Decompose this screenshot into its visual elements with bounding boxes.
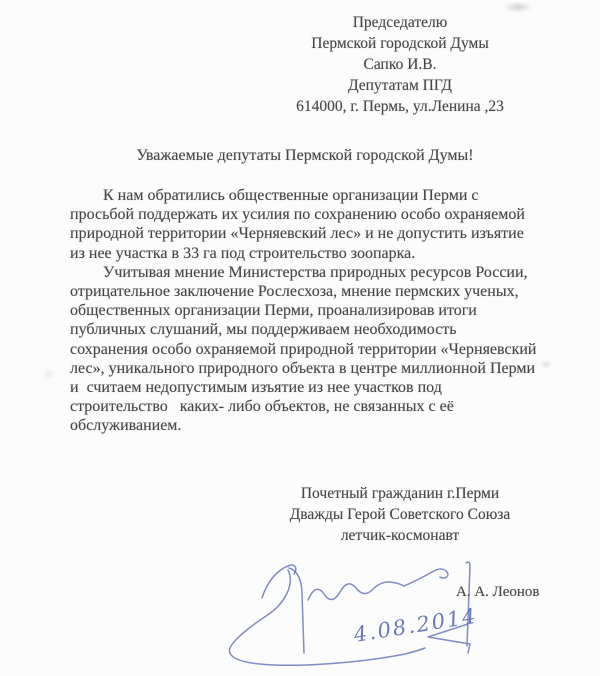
recipient-address-line: 614000, г. Пермь, ул.Ленина ,23	[240, 96, 560, 117]
scanned-letter-page: Председателю Пермской городской Думы Сап…	[0, 0, 600, 676]
body-line: публичных слушаний, мы поддерживаем необ…	[70, 320, 548, 339]
signoff-block: Почетный гражданин г.Перми Дважды Герой …	[240, 484, 560, 546]
letter-body: К нам обратились общественные организаци…	[70, 186, 548, 436]
recipient-address-block: Председателю Пермской городской Думы Сап…	[240, 12, 560, 117]
body-line: строительство каких- либо объектов, не с…	[70, 397, 548, 416]
body-line: обслуживанием.	[70, 416, 548, 435]
body-line: сохранения особо охраняемой природной те…	[70, 340, 548, 359]
handwritten-date: 4.08.2014	[351, 604, 479, 647]
recipient-line: Пермской городской Думы	[240, 33, 560, 54]
body-line: лес», уникального природного объекта в ц…	[70, 359, 548, 378]
body-line: отрицательное заключение Рослесхоза, мне…	[70, 282, 548, 301]
body-line: Учитывая мнение Министерства природных р…	[70, 263, 548, 282]
recipient-line: Депутатам ПГД	[240, 75, 560, 96]
handwritten-signature: 4.08.2014	[215, 556, 495, 676]
signature-cursive-stroke	[308, 569, 448, 600]
signoff-line: Почетный гражданин г.Перми	[240, 484, 560, 505]
recipient-line: Председателю	[240, 12, 560, 33]
scan-smudge	[42, 368, 56, 380]
recipient-line: Сапко И.В.	[240, 54, 560, 75]
salutation: Уважаемые депутаты Пермской городской Ду…	[70, 147, 540, 165]
signatory-name: А. А. Леонов	[456, 584, 540, 601]
signature-stem-stroke	[289, 568, 304, 653]
signoff-line: Дважды Герой Советского Союза	[240, 505, 560, 526]
body-line: и считаем недопустимым изъятие из нее уч…	[70, 378, 548, 397]
body-line: природной территории «Черняевский лес» и…	[70, 224, 548, 243]
body-line: общественных организации Перми, проанали…	[70, 301, 548, 320]
body-line: из нее участка в 33 га под строительство…	[70, 244, 548, 263]
signoff-line: летчик-космонавт	[240, 526, 560, 547]
body-line: просьбой поддержать их усилия по сохране…	[70, 205, 548, 224]
body-line: К нам обратились общественные организаци…	[70, 186, 548, 205]
